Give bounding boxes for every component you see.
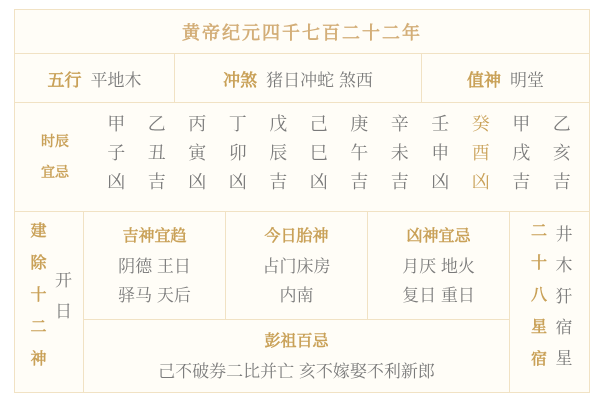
bottom-section: 建除十二神 开日 吉神宜趋 阴德 王日 驿马 天后 今日胎神 占门床房 内南 凶…	[15, 212, 589, 392]
hours-luck-label-line2: 宜忌	[15, 157, 95, 188]
xingxiu-cell: 二十八星宿 井木犴宿星	[509, 212, 589, 392]
pengzu-text: 己不破券二比并亡 亥不嫁娶不利新郎	[158, 357, 435, 386]
shichen-column: 乙亥吉	[541, 114, 582, 201]
bottom-middle: 吉神宜趋 阴德 王日 驿马 天后 今日胎神 占门床房 内南 凶神宜忌 月厌 地火…	[84, 212, 509, 392]
hours-luck-row: 时辰 宜忌 甲子凶 乙丑吉 丙寅凶 丁卯凶 戊辰吉 己巳凶 庚午吉 辛未吉 壬申…	[15, 103, 589, 212]
zhishen-value: 明堂	[510, 66, 544, 91]
shichen-column: 庚午吉	[338, 114, 379, 201]
shichen-column: 乙丑吉	[136, 114, 177, 201]
shichen-column: 壬申凶	[419, 114, 460, 201]
chongsha-cell: 冲煞 猪日冲蛇 煞西	[174, 54, 422, 102]
info-row: 五行 平地木 冲煞 猪日冲蛇 煞西 值神 明堂	[15, 54, 589, 103]
shichen-column: 辛未吉	[379, 114, 420, 201]
jianchu-label: 建除十二神	[28, 222, 44, 382]
shichen-column: 丙寅凶	[176, 114, 217, 201]
zhishen-cell: 值神 明堂	[422, 54, 589, 102]
fetal-god-line1: 占门床房	[263, 252, 331, 281]
evil-gods-line2: 复日 重日	[402, 281, 475, 310]
shichen-column: 己巳凶	[298, 114, 339, 201]
xingxiu-label: 二十八星宿	[529, 222, 545, 382]
lucky-gods-line1: 阴德 王日	[118, 252, 191, 281]
evil-gods-cell: 凶神宜忌 月厌 地火 复日 重日	[368, 212, 509, 319]
hours-luck-label-line1: 时辰	[15, 126, 95, 157]
chongsha-value: 猪日冲蛇 煞西	[266, 66, 373, 91]
wuxing-label: 五行	[48, 66, 82, 91]
evil-gods-line1: 月厌 地火	[402, 252, 475, 281]
gods-row: 吉神宜趋 阴德 王日 驿马 天后 今日胎神 占门床房 内南 凶神宜忌 月厌 地火…	[84, 212, 509, 320]
fetal-god-cell: 今日胎神 占门床房 内南	[225, 212, 368, 319]
shichen-column: 甲戌吉	[500, 114, 541, 201]
chongsha-label: 冲煞	[223, 66, 257, 91]
shichen-column: 癸酉凶	[460, 114, 501, 201]
xingxiu-value: 井木犴宿星	[554, 225, 571, 380]
wuxing-cell: 五行 平地木	[15, 54, 174, 102]
fetal-god-line2: 内南	[280, 281, 314, 310]
lucky-gods-title: 吉神宜趋	[122, 222, 186, 252]
zhishen-label: 值神	[467, 66, 501, 91]
era-title: 黄帝纪元四千七百二十二年	[182, 19, 422, 45]
pengzu-cell: 彭祖百忌 己不破券二比并亡 亥不嫁娶不利新郎	[84, 320, 509, 392]
almanac-panel: 黄帝纪元四千七百二十二年 五行 平地木 冲煞 猪日冲蛇 煞西 值神 明堂 时辰 …	[14, 9, 590, 393]
evil-gods-title: 凶神宜忌	[406, 222, 470, 252]
hours-luck-label: 时辰 宜忌	[15, 126, 95, 188]
pengzu-title: 彭祖百忌	[264, 327, 328, 357]
jianchu-value: 开日	[53, 271, 70, 333]
lucky-gods-cell: 吉神宜趋 阴德 王日 驿马 天后	[84, 212, 225, 319]
lucky-gods-line2: 驿马 天后	[118, 281, 191, 310]
jianchu-cell: 建除十二神 开日	[15, 212, 84, 392]
era-title-row: 黄帝纪元四千七百二十二年	[15, 10, 589, 54]
shichen-column: 戊辰吉	[257, 114, 298, 201]
wuxing-value: 平地木	[91, 66, 142, 91]
fetal-god-title: 今日胎神	[264, 222, 328, 252]
shichen-column: 甲子凶	[95, 114, 136, 201]
shichen-column: 丁卯凶	[217, 114, 258, 201]
